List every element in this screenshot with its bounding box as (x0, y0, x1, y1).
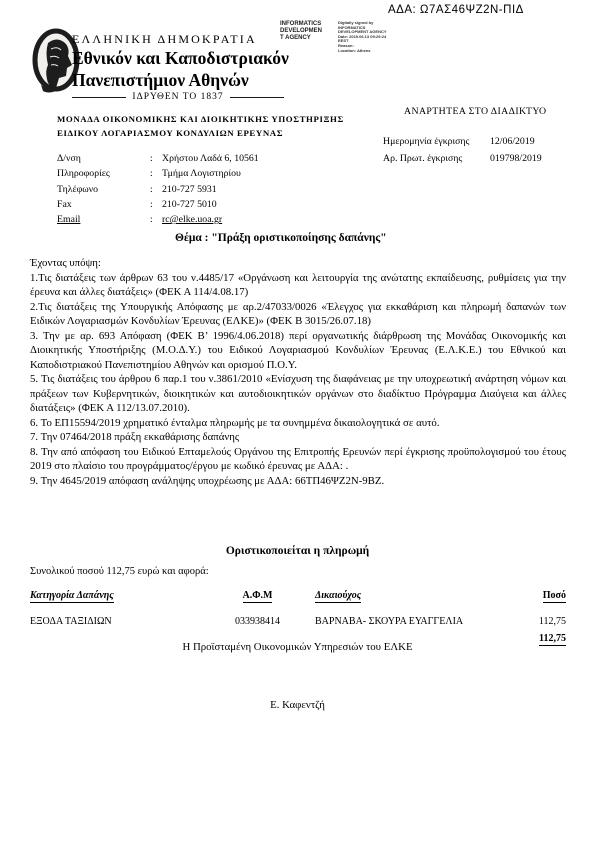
table-row: ΕΞΟΔΑ ΤΑΞΙΔΙΩΝ 033938414 ΒΑΡΝΑΒΑ- ΣΚΟΥΡΑ… (30, 616, 566, 627)
legal-item: 7. Την 07464/2018 πράξη εκκαθάρισης δαπά… (30, 430, 566, 445)
digital-signature-agency: INFORMATICS DEVELOPMEN T AGENCY (280, 21, 334, 42)
header-beneficiary: Δικαιούχος (315, 590, 505, 603)
contact-row-info: Πληροφορίες : Τμήμα Λογιστηρίου (57, 168, 327, 179)
founded-rule-left (72, 97, 126, 98)
founded-text: ΙΔΡΥΘΕΝ ΤΟ 1837 (126, 92, 229, 102)
legal-item: 9. Την 4645/2019 απόφαση ανάληψης υποχρέ… (30, 474, 566, 489)
contact-row-email: Email : rc@elke.uoa.gr (57, 214, 327, 225)
approval-date-row: Ημερομηνία έγκρισης 12/06/2019 (383, 136, 573, 147)
republic-heading: ΕΛΛΗΝΙΚΗ ΔΗΜΟΚΡΑΤΙΑ (72, 32, 257, 47)
legal-item: 6. Το ΕΠ15594/2019 χρηματικό ένταλμα πλη… (30, 416, 566, 431)
agency-line: INFORMATICS (280, 21, 334, 28)
header-category: Κατηγορία Δαπάνης (30, 590, 200, 603)
contact-colon: : (150, 184, 162, 195)
approval-protocol-row: Αρ. Πρωτ. έγκρισης 019798/2019 (383, 153, 573, 164)
web-posting-note: ΑΝΑΡΤΗΤΕΑ ΣΤΟ ΔΙΑΔΙΚΤΥΟ (404, 106, 547, 117)
founded-banner: ΙΔΡΥΘΕΝ ΤΟ 1837 (72, 92, 284, 102)
finalization-heading: Οριστικοποιείται η πληρωμή (0, 545, 595, 557)
contact-colon: : (150, 168, 162, 179)
signature-detail-line: Location: Athens (338, 49, 416, 54)
contact-value: Χρήστου Λαδά 6, 10561 (162, 153, 259, 164)
expenses-table: Κατηγορία Δαπάνης Α.Φ.Μ Δικαιούχος Ποσό … (30, 590, 566, 646)
contact-label: Fax (57, 199, 150, 210)
contact-colon: : (150, 153, 162, 164)
university-name-line1: Εθνικόν και Καποδιστριακόν (72, 48, 289, 69)
contact-colon: : (150, 214, 162, 225)
email-link[interactable]: rc@elke.uoa.gr (162, 214, 222, 225)
cell-category: ΕΞΟΔΑ ΤΑΞΙΔΙΩΝ (30, 616, 200, 627)
considerations-intro: Έχοντας υπόψη: (30, 256, 566, 271)
legal-considerations: Έχοντας υπόψη: 1.Τις διατάξεις των άρθρω… (30, 256, 566, 488)
university-name-line2: Πανεπιστήμιον Αθηνών (72, 70, 249, 91)
contact-value: 210-727 5931 (162, 184, 217, 195)
contact-row-address: Δ/νση : Χρήστου Λαδά 6, 10561 (57, 153, 327, 164)
subject-line: Θέμα : "Πράξη οριστικοποίησης δαπάνης" (175, 232, 387, 244)
total-amount-line: Συνολικού ποσού 112,75 ευρώ και αφορά: (30, 566, 209, 577)
ada-number: ΑΔΑ: Ω7ΑΣ46ΨΖ2Ν-ΠΙΔ (388, 4, 524, 16)
contact-block: Δ/νση : Χρήστου Λαδά 6, 10561 Πληροφορίε… (57, 153, 327, 229)
legal-item: 5. Τις διατάξεις του άρθρου 6 παρ.1 του … (30, 372, 566, 416)
unit-name-line2: ΕΙΔΙΚΟΥ ΛΟΓΑΡΙΑΣΜΟΥ ΚΟΝΔΥΛΙΩΝ ΕΡΕΥΝΑΣ (57, 128, 283, 138)
founded-rule-right (230, 97, 284, 98)
contact-row-phone: Τηλέφωνο : 210-727 5931 (57, 184, 327, 195)
header-vat-number: Α.Φ.Μ (200, 590, 315, 603)
contact-row-fax: Fax : 210-727 5010 (57, 199, 327, 210)
contact-label: Πληροφορίες (57, 168, 150, 179)
legal-item: 8. Την από απόφαση του Ειδικού Επταμελού… (30, 445, 566, 474)
document-page: ΑΔΑ: Ω7ΑΣ46ΨΖ2Ν-ΠΙΔ INFORMATICS DEVELOPM… (0, 0, 595, 841)
legal-item: 3. Την με αρ. 693 Απόφαση (ΦΕΚ Β’ 1996/4… (30, 329, 566, 373)
cell-beneficiary: ΒΑΡΝΑΒΑ- ΣΚΟΥΡΑ ΕΥΑΓΓΕΛΙΑ (315, 616, 505, 627)
approval-date-value: 12/06/2019 (490, 136, 535, 147)
legal-item: 1.Τις διατάξεις των άρθρων 63 του ν.4485… (30, 271, 566, 300)
header-amount: Ποσό (505, 590, 566, 603)
table-header-row: Κατηγορία Δαπάνης Α.Φ.Μ Δικαιούχος Ποσό (30, 590, 566, 603)
agency-line: DEVELOPMEN (280, 28, 334, 35)
signatory-title: Η Προϊσταμένη Οικονομικών Υπηρεσιών του … (0, 641, 595, 653)
contact-label: Δ/νση (57, 153, 150, 164)
cell-amount: 112,75 (505, 616, 566, 627)
digital-signature-details: Digitally signed by INFORMATICS DEVELOPM… (338, 21, 416, 53)
contact-colon: : (150, 199, 162, 210)
contact-value: 210-727 5010 (162, 199, 217, 210)
approval-protocol-value: 019798/2019 (490, 153, 542, 164)
signatory-name: Ε. Καφεντζή (0, 699, 595, 711)
approval-date-label: Ημερομηνία έγκρισης (383, 136, 490, 147)
contact-value: Τμήμα Λογιστηρίου (162, 168, 241, 179)
cell-vat-number: 033938414 (200, 616, 315, 627)
agency-line: T AGENCY (280, 35, 334, 42)
legal-item: 2.Τις διατάξεις της Υπουργικής Απόφασης … (30, 300, 566, 329)
contact-label: Τηλέφωνο (57, 184, 150, 195)
contact-label: Email (57, 214, 150, 225)
approval-protocol-label: Αρ. Πρωτ. έγκρισης (383, 153, 490, 164)
approval-block: Ημερομηνία έγκρισης 12/06/2019 Αρ. Πρωτ.… (383, 136, 573, 170)
unit-name-line1: ΜΟΝΑΔΑ ΟΙΚΟΝΟΜΙΚΗΣ ΚΑΙ ΔΙΟΙΚΗΤΙΚΗΣ ΥΠΟΣΤ… (57, 114, 344, 124)
